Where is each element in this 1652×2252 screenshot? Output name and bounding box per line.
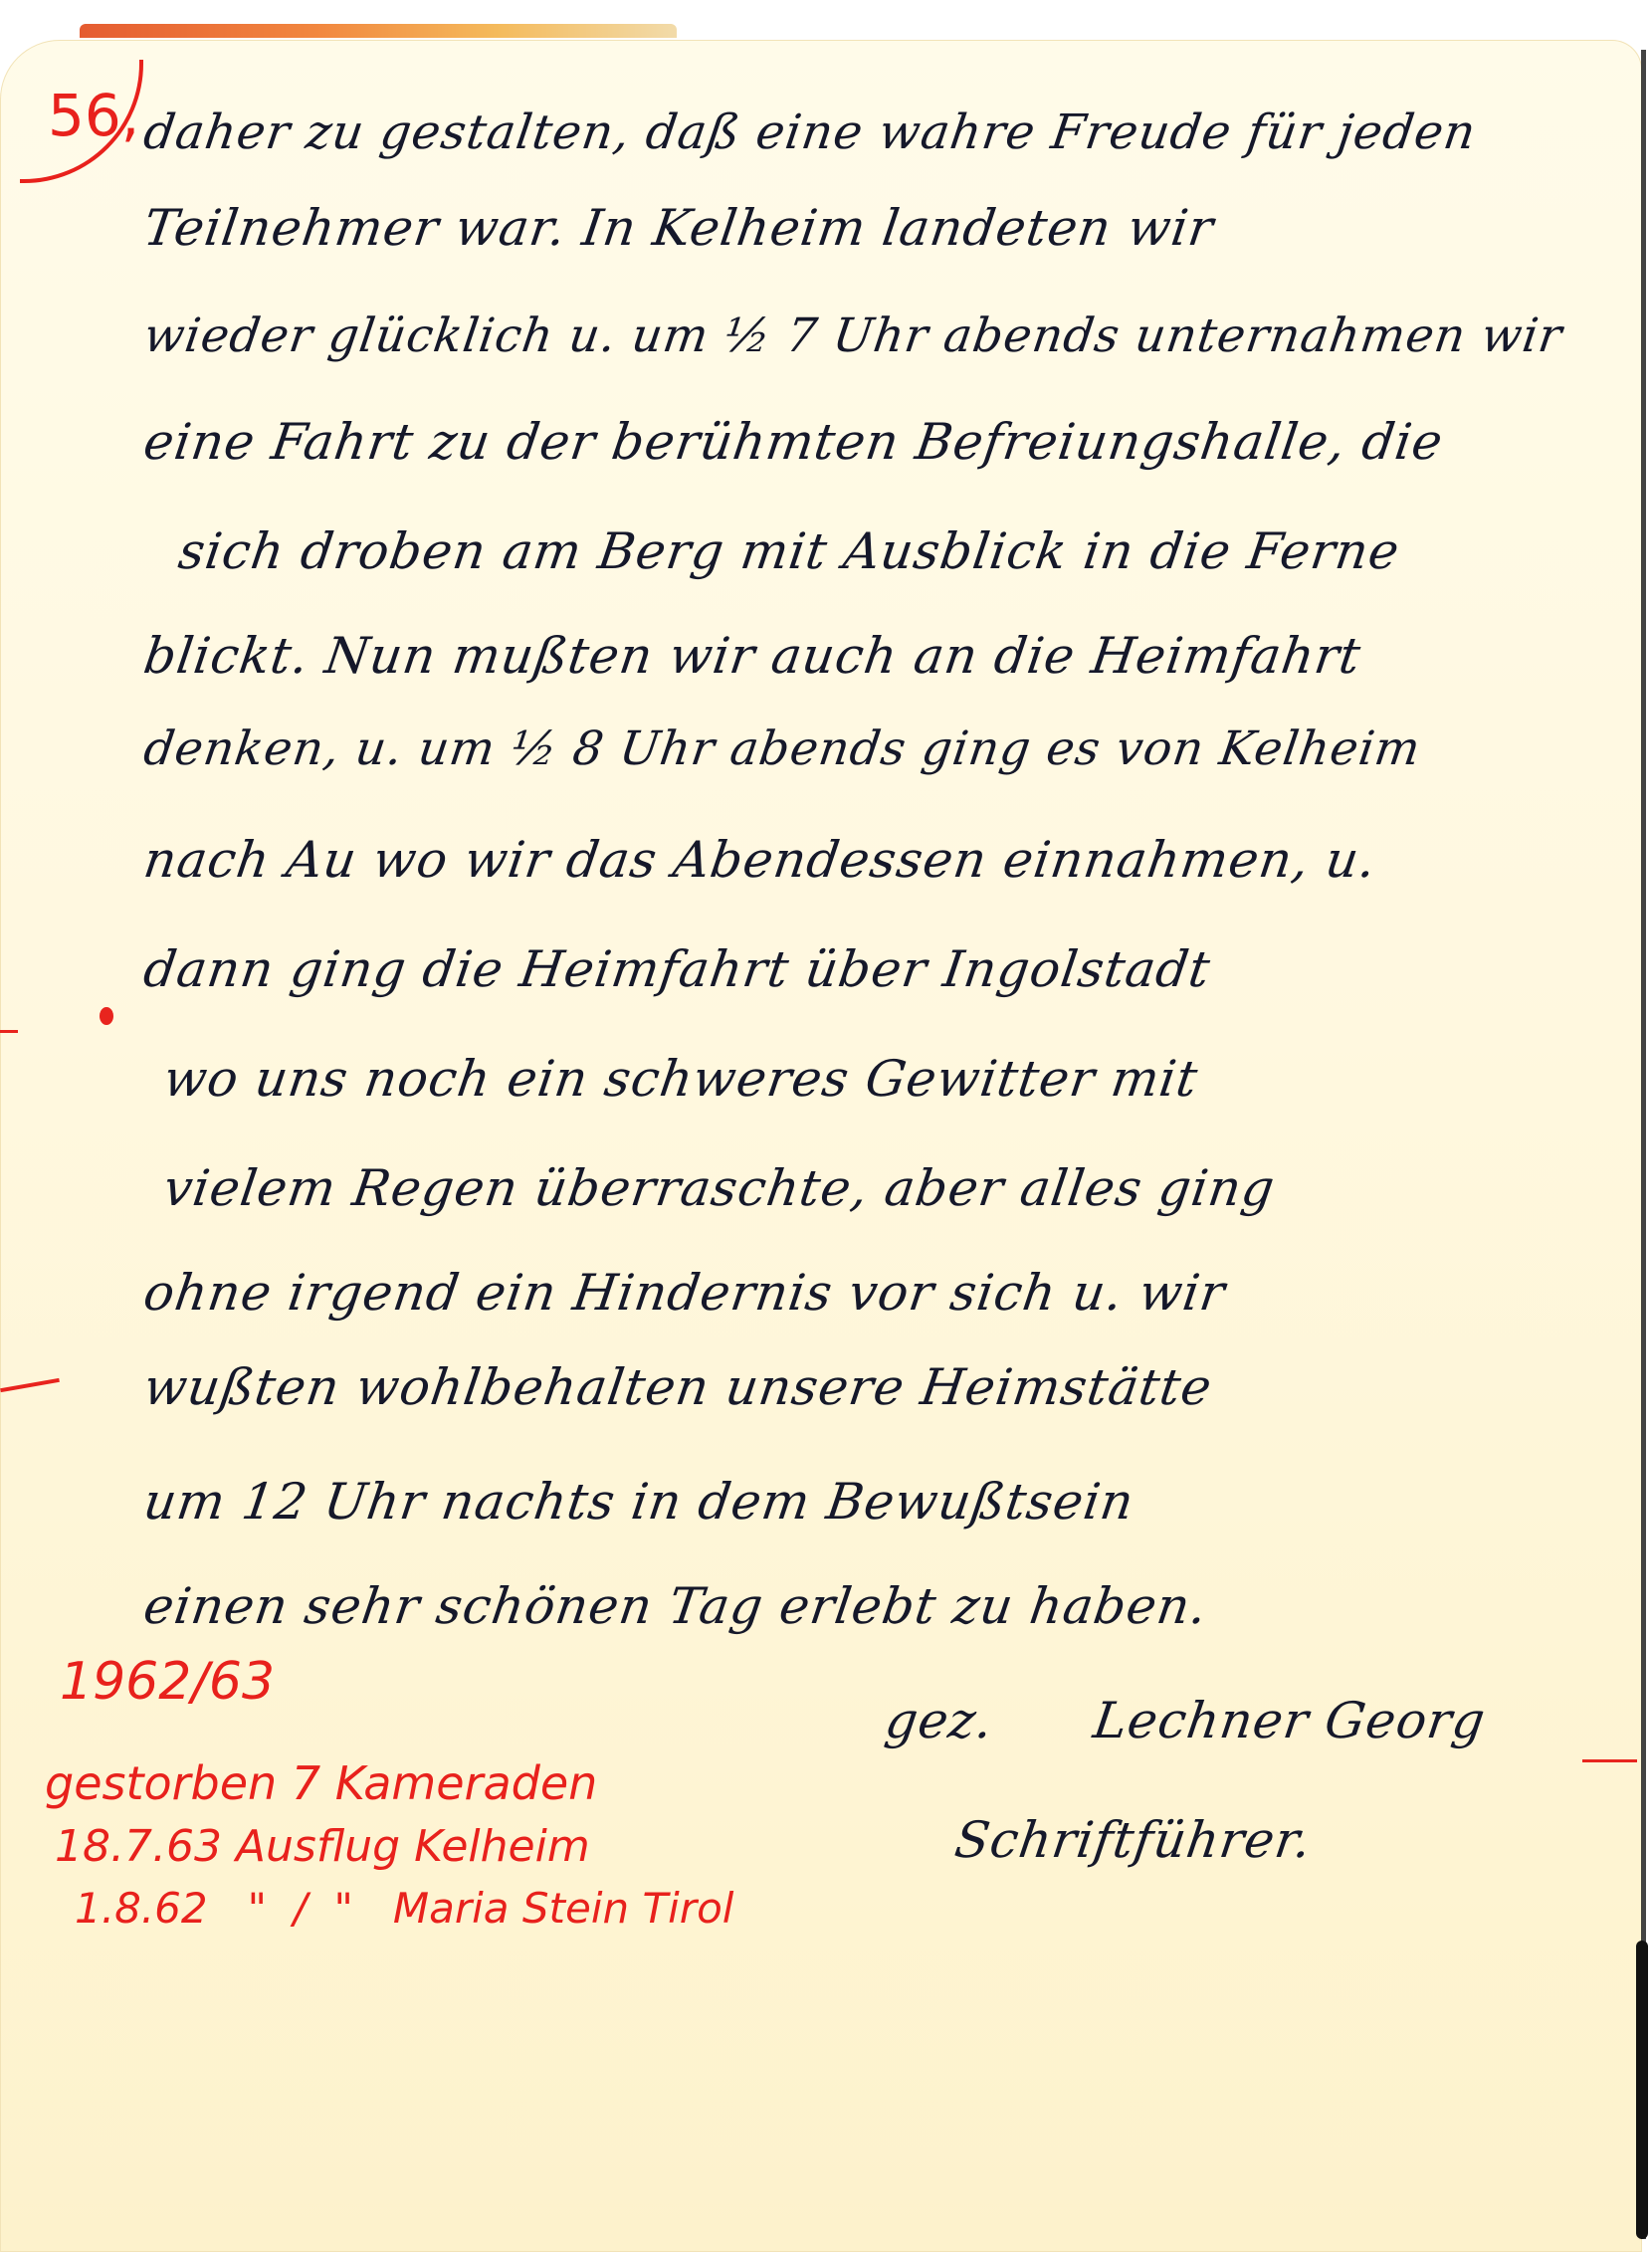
binding-edge-bottom [1636,1941,1648,2239]
body-line-14: um 12 Uhr nachts in dem Bewußtsein [140,1473,1137,1531]
signature-line: gez. Lechner Georg [882,1692,1490,1749]
body-line-9: dann ging die Heimfahrt über Ingolstadt [140,940,1214,998]
page-top-edge-stain [80,24,677,38]
body-line-13: wußten wohlbehalten unsere Heimstätte [140,1358,1216,1416]
body-line-15: einen sehr schönen Tag erlebt zu haben. [140,1577,1211,1635]
body-line-6: blickt. Nun mußten wir auch an die Heimf… [140,627,1364,685]
binding-edge [1641,50,1646,2239]
red-note-deaths: gestorben 7 Kameraden [45,1756,597,1810]
body-line-1: daher zu gestalten, daß eine wahre Freud… [140,104,1480,160]
margin-red-tick-right [1582,1759,1637,1762]
page-number: 56, [48,82,139,149]
signature-role: Schriftführer. [951,1811,1316,1869]
red-ink-dot [100,1007,113,1025]
body-line-8: nach Au wo wir das Abendessen einnahmen,… [140,831,1380,889]
body-line-3: wieder glücklich u. um ½ 7 Uhr abends un… [140,308,1565,363]
body-line-2: Teilnehmer war. In Kelheim landeten wir [140,199,1217,257]
body-line-11: vielem Regen überraschte, aber alles gin… [160,1159,1279,1217]
signature-prefix: gez. [882,1692,997,1749]
body-line-7: denken, u. um ½ 8 Uhr abends ging es von… [140,721,1424,776]
red-note-entry-2: 1.8.62 " / " Maria Stein Tirol [75,1884,733,1933]
body-line-5: sich droben am Berg mit Ausblick in die … [175,522,1403,580]
red-note-entry-1: 18.7.63 Ausflug Kelheim [55,1821,590,1872]
signature-name: Lechner Georg [1090,1692,1489,1749]
body-line-4: eine Fahrt zu der berühmten Befreiungsha… [140,413,1447,471]
body-line-12: ohne irgend ein Hindernis vor sich u. wi… [140,1264,1229,1322]
body-line-10: wo uns noch ein schweres Gewitter mit [160,1050,1202,1108]
margin-red-tick [0,1030,18,1033]
red-note-year: 1962/63 [60,1652,275,1712]
